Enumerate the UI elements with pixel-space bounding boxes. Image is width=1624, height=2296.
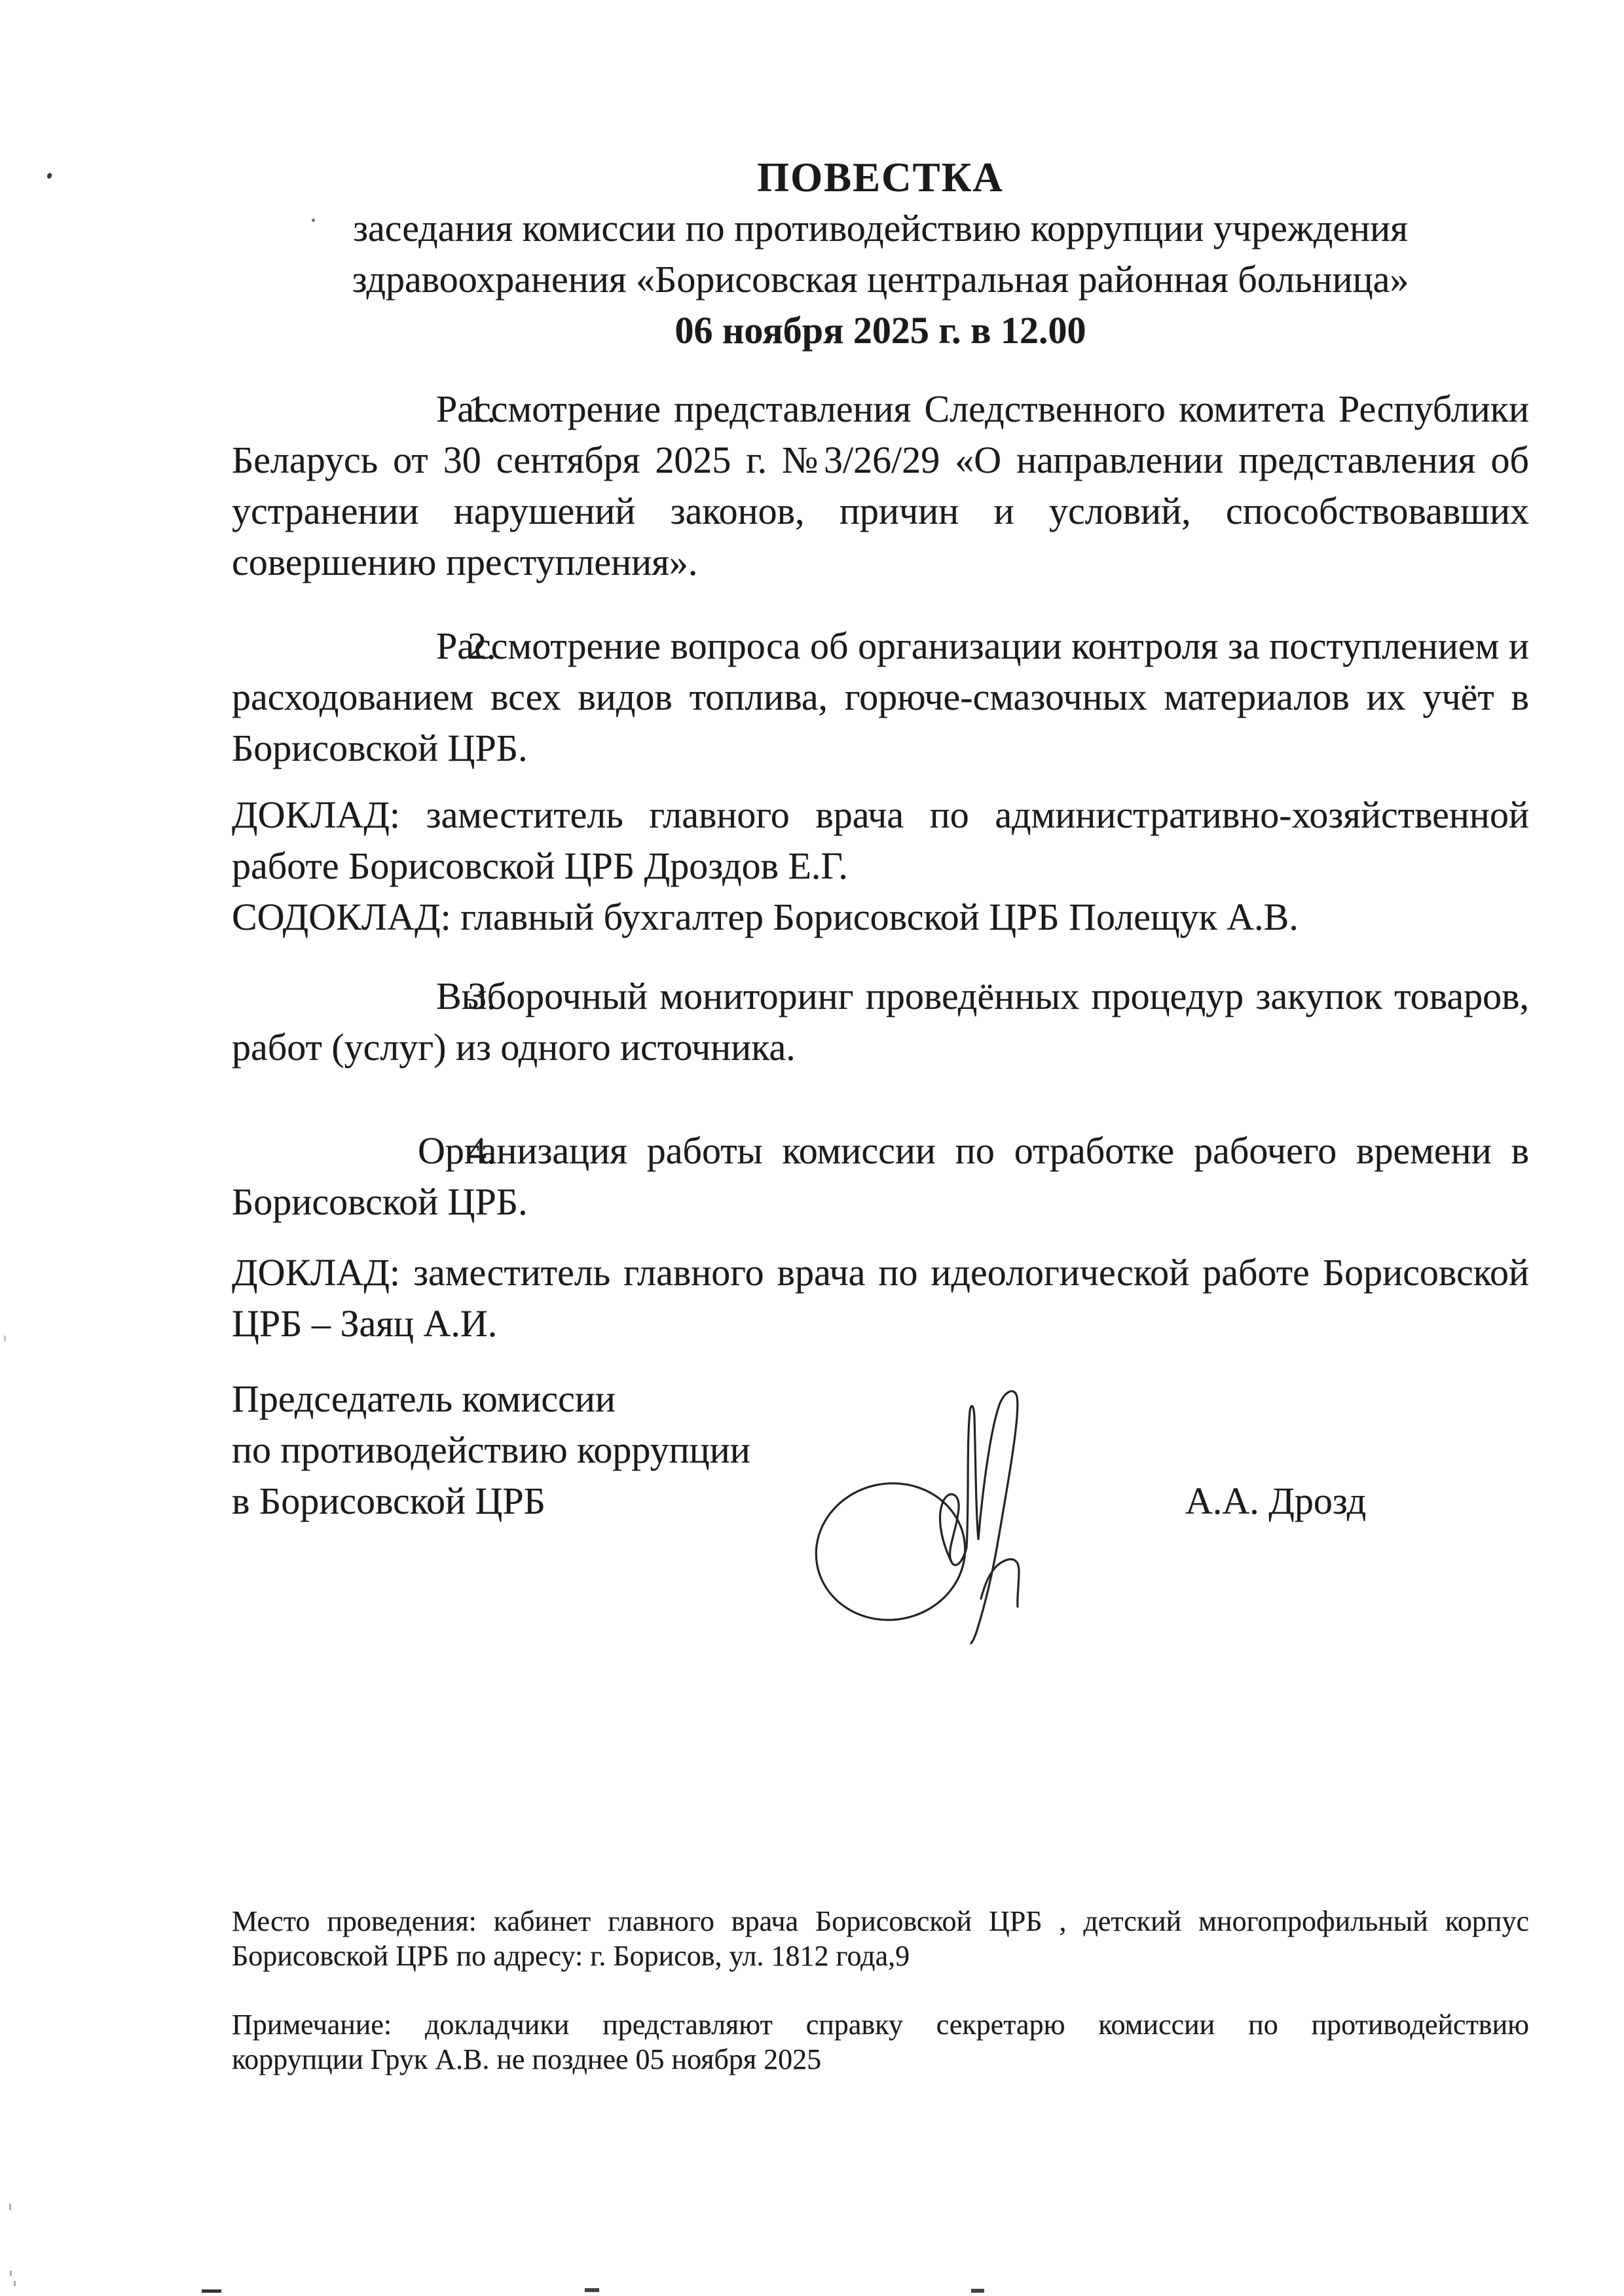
document-content: ПОВЕСТКА заседания комиссии по противоде… <box>0 0 1624 2296</box>
footer-location-line-2: Борисовской ЦРБ по адресу: г. Борисов, у… <box>232 1939 1529 1973</box>
footer-note: Примечание: докладчики представляют спра… <box>232 2007 1529 2077</box>
agenda-item-4-number: 4. <box>350 1125 418 1176</box>
document-page: ПОВЕСТКА заседания комиссии по противоде… <box>0 0 1624 2296</box>
footer-location-line-1: Место проведения: кабинет главного врача… <box>232 1904 1529 1939</box>
report-paragraph-item2: ДОКЛАД: заместитель главного врача по ад… <box>232 790 1529 892</box>
scan-artifact <box>971 2289 984 2293</box>
signature-block: Председатель комиссии по противодействию… <box>232 1374 1529 1527</box>
agenda-item-4-text: Организация работы комиссии по отработке… <box>232 1129 1529 1223</box>
agenda-item-4: 4.Организация работы комиссии по отработ… <box>232 1125 1529 1228</box>
signatory-name: А.А. Дрозд <box>1185 1476 1366 1527</box>
agenda-item-1: 1.Рассмотрение представления Следственно… <box>232 384 1529 588</box>
scan-artifact <box>4 1336 6 1341</box>
scan-artifact <box>9 2204 11 2210</box>
scan-artifact <box>10 2270 12 2276</box>
footer-location: Место проведения: кабинет главного врача… <box>232 1904 1529 1973</box>
footer-note-line-2: коррупции Грук А.В. не позднее 05 ноября… <box>232 2042 1529 2077</box>
scan-artifact <box>312 219 315 222</box>
page-title: ПОВЕСТКА <box>232 152 1529 203</box>
agenda-item-3: 3.Выборочный мониторинг проведённых проц… <box>232 971 1529 1073</box>
coreport-paragraph-item2: СОДОКЛАД: главный бухгалтер Борисовской … <box>232 892 1529 943</box>
signature-loop <box>812 1472 976 1631</box>
meeting-datetime: 06 ноября 2025 г. в 12.00 <box>232 305 1529 356</box>
agenda-item-2-number: 2. <box>350 621 436 672</box>
scan-artifact <box>585 2288 599 2292</box>
scan-artifact <box>202 2289 221 2293</box>
agenda-item-1-number: 1. <box>350 384 436 435</box>
subtitle-line-1: заседания комиссии по противодействию ко… <box>232 203 1529 254</box>
agenda-item-3-number: 3. <box>350 971 436 1022</box>
signature-scribble <box>812 1383 1035 1645</box>
scan-artifact <box>14 2281 16 2286</box>
subtitle-line-2: здравоохранения «Борисовская центральная… <box>232 254 1529 305</box>
report-paragraph-item4: ДОКЛАД: заместитель главного врача по ид… <box>232 1247 1529 1349</box>
footer-note-line-1: Примечание: докладчики представляют спра… <box>232 2007 1529 2042</box>
agenda-item-2: 2.Рассмотрение вопроса об организации ко… <box>232 621 1529 774</box>
signature-stroke <box>940 1391 1018 1643</box>
